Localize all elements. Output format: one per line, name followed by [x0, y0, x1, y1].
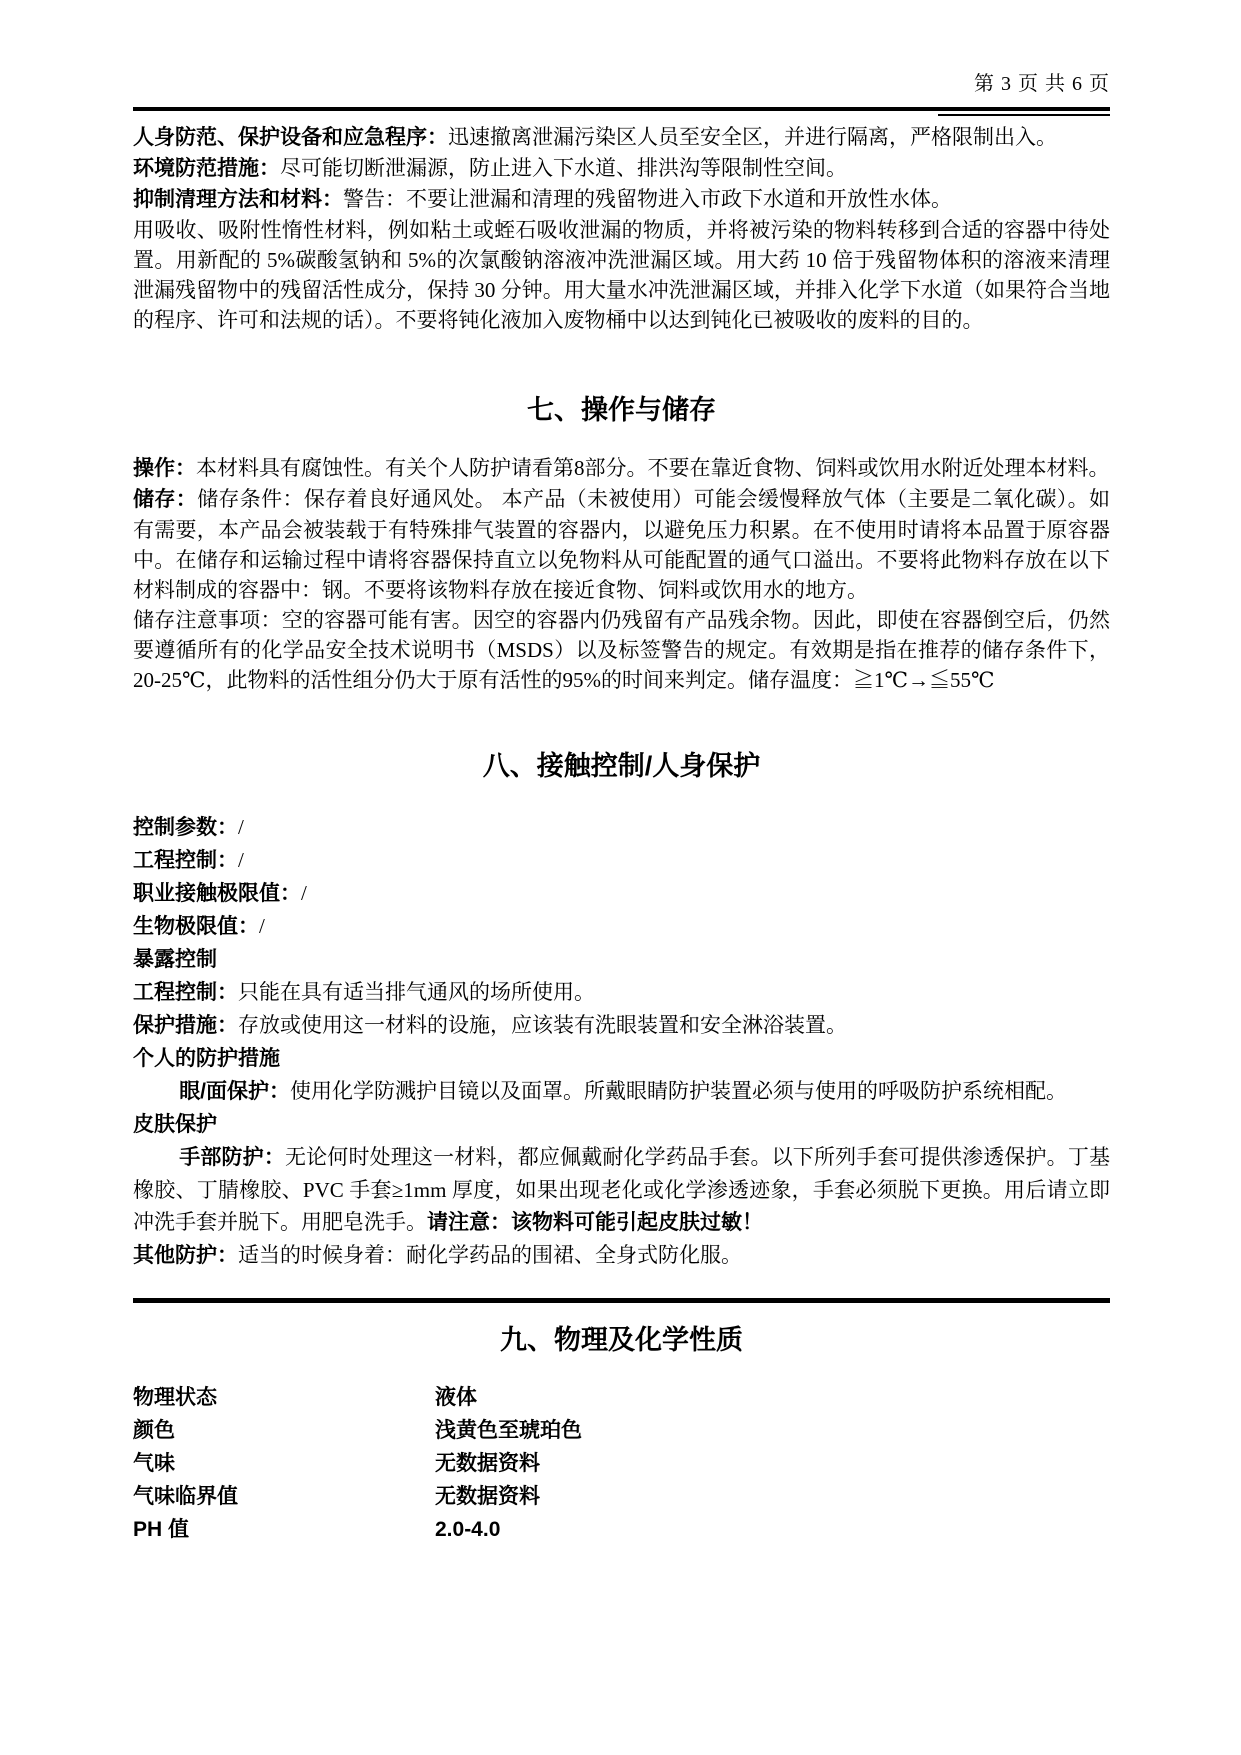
section-title-exposure-control: 八、接触控制/人身保护	[133, 747, 1110, 785]
para-label: 储存：	[133, 488, 197, 511]
property-row-odor: 气味无数据资料	[133, 1447, 1110, 1480]
property-row-ph: PH 值2.0-4.0	[133, 1513, 1110, 1546]
property-value: 2.0-4.0	[435, 1513, 500, 1546]
para-occupational-limits: 职业接触极限值：/	[133, 877, 1110, 910]
para-label: 工程控制：	[133, 981, 238, 1004]
para-label: 控制参数：	[133, 816, 238, 839]
para-label: 其他防护：	[133, 1244, 238, 1267]
para-label: 眼/面保护：	[179, 1080, 290, 1103]
para-other-protection: 其他防护：适当的时候身着：耐化学药品的围裙、全身式防化服。	[133, 1239, 1110, 1272]
para-label: 操作：	[133, 457, 196, 480]
section-physical-chemical-properties: 物理状态液体 颜色浅黄色至琥珀色 气味无数据资料 气味临界值无数据资料 PH 值…	[133, 1381, 1110, 1546]
para-label: 个人的防护措施	[133, 1047, 280, 1070]
para-personal-protection-header: 个人的防护措施	[133, 1042, 1110, 1075]
property-row-odor-threshold: 气味临界值无数据资料	[133, 1480, 1110, 1513]
property-name: 气味临界值	[133, 1480, 435, 1513]
para-label: 工程控制：	[133, 849, 238, 872]
para-containment-methods: 抑制清理方法和材料：警告：不要让泄漏和清理的残留物进入市政下水道和开放性水体。	[133, 184, 1110, 215]
para-control-parameters: 控制参数：/	[133, 811, 1110, 844]
property-name: 颜色	[133, 1414, 435, 1447]
page-header: 第 3 页 共 6 页	[133, 73, 1110, 95]
para-text: 储存条件：保存着良好通风处。 本产品（未被使用）可能会缓慢释放气体（主要是二氧化…	[133, 487, 1110, 602]
para-label: 职业接触极限值：	[133, 882, 301, 905]
para-personal-precautions: 人身防范、保护设备和应急程序：迅速撤离泄漏污染区人员至安全区，并进行隔离，严格限…	[133, 122, 1110, 153]
section-divider-rule	[133, 1298, 1110, 1303]
para-text: 警告：不要让泄漏和清理的残留物进入市政下水道和开放性水体。	[343, 187, 952, 211]
para-text: 使用化学防溅护目镜以及面罩。所戴眼睛防护装置必须与使用的呼吸防护系统相配。	[290, 1079, 1067, 1103]
para-label: 生物极限值：	[133, 915, 259, 938]
para-handling: 操作：本材料具有腐蚀性。有关个人防护请看第8部分。不要在靠近食物、饲料或饮用水附…	[133, 453, 1110, 484]
page-number: 第 3 页 共 6 页	[974, 73, 1110, 95]
para-environment-precautions: 环境防范措施：尽可能切断泄漏源，防止进入下水道、排洪沟等限制性空间。	[133, 153, 1110, 184]
para-engineering-controls-2: 工程控制：只能在具有适当排气通风的场所使用。	[133, 976, 1110, 1009]
para-label: 保护措施：	[133, 1014, 238, 1037]
para-label: 手部防护：	[179, 1146, 285, 1169]
para-text: 适当的时候身着：耐化学药品的围裙、全身式防化服。	[238, 1243, 742, 1267]
property-name: PH 值	[133, 1513, 435, 1546]
para-text: 迅速撤离泄漏污染区人员至安全区，并进行隔离，严格限制出入。	[448, 125, 1057, 149]
para-storage: 储存：储存条件：保存着良好通风处。 本产品（未被使用）可能会缓慢释放气体（主要是…	[133, 484, 1110, 605]
para-label: 皮肤保护	[133, 1113, 217, 1136]
para-protective-measures: 保护措施：存放或使用这一材料的设施，应该装有洗眼装置和安全淋浴装置。	[133, 1009, 1110, 1042]
property-value: 浅黄色至琥珀色	[435, 1414, 582, 1447]
para-eye-face-protection: 眼/面保护：使用化学防溅护目镜以及面罩。所戴眼睛防护装置必须与使用的呼吸防护系统…	[133, 1075, 1110, 1108]
property-value: 无数据资料	[435, 1480, 540, 1513]
para-label: 环境防范措施：	[133, 157, 280, 180]
para-text: 用吸收、吸附性惰性材料，例如粘土或蛭石吸收泄漏的物质，并将被污染的物料转移到合适…	[133, 218, 1110, 332]
property-row-color: 颜色浅黄色至琥珀色	[133, 1414, 1110, 1447]
para-hand-protection: 手部防护：无论何时处理这一材料，都应佩戴耐化学药品手套。以下所列手套可提供渗透保…	[133, 1141, 1110, 1239]
document-page: 第 3 页 共 6 页 人身防范、保护设备和应急程序：迅速撤离泄漏污染区人员至安…	[0, 0, 1241, 1755]
para-storage-notes: 储存注意事项：空的容器可能有害。因空的容器内仍残留有产品残余物。因此，即使在容器…	[133, 605, 1110, 695]
para-text: 只能在具有适当排气通风的场所使用。	[238, 980, 595, 1004]
para-label: 抑制清理方法和材料：	[133, 188, 343, 211]
para-biological-limits: 生物极限值：/	[133, 910, 1110, 943]
section-accidental-release: 人身防范、保护设备和应急程序：迅速撤离泄漏污染区人员至安全区，并进行隔离，严格限…	[133, 122, 1110, 335]
document-body: 人身防范、保护设备和应急程序：迅速撤离泄漏污染区人员至安全区，并进行隔离，严格限…	[133, 122, 1110, 1546]
para-text: 尽可能切断泄漏源，防止进入下水道、排洪沟等限制性空间。	[280, 156, 847, 180]
para-text: 储存注意事项：空的容器可能有害。因空的容器内仍残留有产品残余物。因此，即使在容器…	[133, 608, 1110, 692]
section-title-physical-chemical: 九、物理及化学性质	[133, 1321, 1110, 1359]
property-row-physical-state: 物理状态液体	[133, 1381, 1110, 1414]
para-text: /	[238, 815, 244, 839]
para-exposure-control-header: 暴露控制	[133, 943, 1110, 976]
para-engineering-controls-1: 工程控制：/	[133, 844, 1110, 877]
property-value: 液体	[435, 1381, 477, 1414]
property-value: 无数据资料	[435, 1447, 540, 1480]
para-text: 本材料具有腐蚀性。有关个人防护请看第8部分。不要在靠近食物、饲料或饮用水附近处理…	[196, 456, 1110, 480]
para-bold-note: 请注意：该物料可能引起皮肤过敏！	[427, 1211, 763, 1234]
header-rule	[133, 107, 1110, 111]
para-text: /	[238, 848, 244, 872]
section-handling-storage: 操作：本材料具有腐蚀性。有关个人防护请看第8部分。不要在靠近食物、饲料或饮用水附…	[133, 453, 1110, 695]
para-text: /	[301, 881, 307, 905]
para-label: 暴露控制	[133, 948, 217, 971]
section-exposure-control: 控制参数：/ 工程控制：/ 职业接触极限值：/ 生物极限值：/ 暴露控制 工程控…	[133, 811, 1110, 1272]
para-label: 人身防范、保护设备和应急程序：	[133, 126, 448, 149]
section-title-handling-storage: 七、操作与储存	[133, 391, 1110, 429]
para-text: 存放或使用这一材料的设施，应该装有洗眼装置和安全淋浴装置。	[238, 1013, 847, 1037]
property-name: 气味	[133, 1447, 435, 1480]
para-skin-protection-header: 皮肤保护	[133, 1108, 1110, 1141]
page-number-underline	[938, 114, 1110, 116]
para-cleanup-procedure: 用吸收、吸附性惰性材料，例如粘土或蛭石吸收泄漏的物质，并将被污染的物料转移到合适…	[133, 215, 1110, 335]
property-name: 物理状态	[133, 1381, 435, 1414]
para-text: /	[259, 914, 265, 938]
